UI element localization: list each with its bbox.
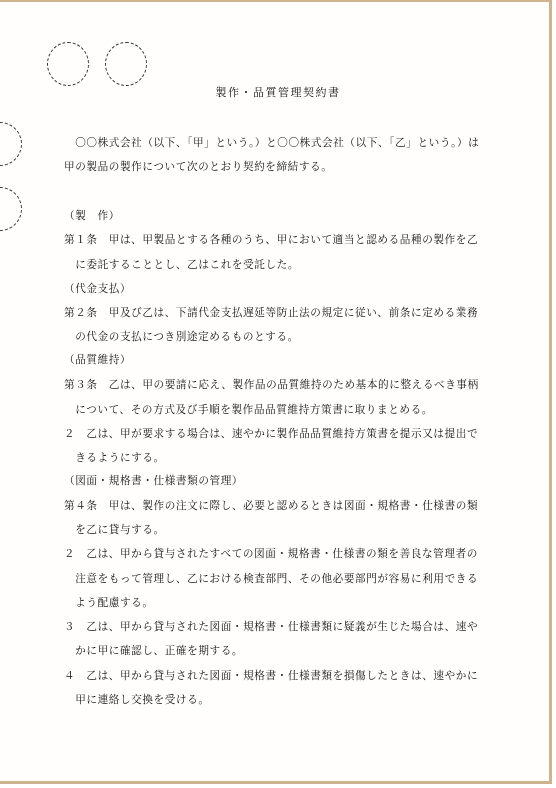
article-line: ２ 乙は、甲が要求する場合は、速やかに製作品品質維持方策書を提示又は提出で xyxy=(64,426,478,441)
article-line: 第２条 甲及び乙は、下請代金支払遅延等防止法の規定に従い、前条に定める業務 xyxy=(64,305,478,320)
punch-hole-mark-bottom xyxy=(0,187,22,231)
stamp-circle-right xyxy=(105,42,147,86)
article-line: よう配慮する。 xyxy=(64,595,154,610)
section-heading: （製 作） xyxy=(64,208,120,223)
section-heading: （代金支払） xyxy=(64,281,131,296)
article-line: について、その方式及び手順を製作品品質維持方策書に取りまとめる。 xyxy=(64,402,433,417)
document-title: 製作・品質管理契約書 xyxy=(0,84,556,100)
article-line: 第１条 甲は、甲製品とする各種のうち、甲において適当と認める品種の製作を乙 xyxy=(64,232,478,247)
article-line: ２ 乙は、甲から貸与されたすべての図面・規格書・仕様書の類を善良な管理者の xyxy=(64,546,478,561)
section-heading: （図面・規格書・仕様書類の管理） xyxy=(64,473,243,488)
article-line: に委託することとし、乙はこれを受託した。 xyxy=(64,257,299,272)
article-line: 第４条 甲は、製作の注文に際し、必要と認めるときは図面・規格書・仕様書の類 xyxy=(64,498,478,513)
article-line: 注意をもって管理し、乙における検査部門、その他必要部門が容易に利用できる xyxy=(64,571,478,586)
intro-line: 〇〇株式会社（以下、「甲」という。）と〇〇株式会社（以下、「乙」という。）は xyxy=(64,135,479,150)
article-line: を乙に貸与する。 xyxy=(64,522,165,537)
article-line: ４ 乙は、甲から貸与された図面・規格書・仕様書類を損傷したときは、速やかに xyxy=(64,668,478,683)
document-page: 製作・品質管理契約書 〇〇株式会社（以下、「甲」という。）と〇〇株式会社（以下、… xyxy=(0,0,552,784)
punch-hole-mark-top xyxy=(0,122,22,166)
article-line: かに甲に確認し、正確を期する。 xyxy=(64,643,243,658)
article-line: 第３条 乙は、甲の要請に応え、製作品の品質維持のため基本的に整えるべき事柄 xyxy=(64,377,479,392)
article-line: の代金の支払につき別途定めるものとする。 xyxy=(64,329,299,344)
article-line: きるようにする。 xyxy=(64,450,165,465)
article-line: 甲に連絡し交換を受ける。 xyxy=(64,692,210,707)
stamp-circle-left xyxy=(47,42,89,86)
intro-line: 甲の製品の製作について次のとおり契約を締結する。 xyxy=(64,159,332,174)
article-line: ３ 乙は、甲から貸与された図面・規格書・仕様書類に疑義が生じた場合は、速や xyxy=(64,619,478,634)
section-heading: （品質維持） xyxy=(64,352,131,367)
